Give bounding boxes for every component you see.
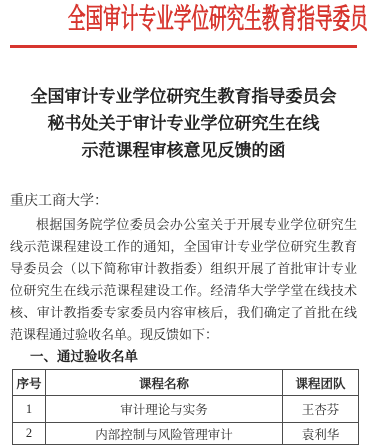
paragraph-line: 范课程通过验收名单。现反馈如下： bbox=[10, 324, 357, 346]
document-title-line-2: 秘书处关于审计专业学位研究生在线 bbox=[0, 110, 367, 137]
official-document-page: 全国审计专业学位研究生教育指导委员会文件 全国审计专业学位研究生教育指导委员会 … bbox=[0, 0, 367, 448]
paragraph-line: 位研究生在线示范课程建设工作。经清华大学学堂在线技术审 bbox=[10, 280, 357, 302]
letterhead-title: 全国审计专业学位研究生教育指导委员会文件 bbox=[68, 5, 299, 35]
table-header-team: 课程团队 bbox=[283, 370, 359, 396]
table-row: 1 审计理论与实务 王杏芬 bbox=[13, 396, 359, 423]
section-heading-acceptance-list: 一、通过验收名单 bbox=[30, 349, 138, 365]
paragraph-line: 根据国务院学位委员会办公室关于开展专业学位研究生在 bbox=[10, 214, 357, 236]
cell-row-number: 2 bbox=[13, 423, 46, 445]
document-title-line-1: 全国审计专业学位研究生教育指导委员会 bbox=[0, 83, 367, 110]
table-row: 2 内部控制与风险管理审计 袁利华 bbox=[13, 423, 359, 445]
table-header-course: 课程名称 bbox=[46, 370, 283, 396]
document-title-line-3: 示范课程审核意见反馈的函 bbox=[0, 137, 367, 164]
paragraph-line: 导委员会（以下简称审计教指委）组织开展了首批审计专业学 bbox=[10, 258, 357, 280]
cell-course-name: 内部控制与风险管理审计 bbox=[46, 423, 283, 445]
salutation: 重庆工商大学： bbox=[10, 194, 108, 210]
body-paragraph: 根据国务院学位委员会办公室关于开展专业学位研究生在 线示范课程建设工作的通知，全… bbox=[10, 214, 357, 346]
table-header-row: 序号 课程名称 课程团队 bbox=[13, 370, 359, 396]
cell-course-team: 袁利华 bbox=[283, 423, 359, 445]
paragraph-line: 核、审计教指委专家委员内容审核后，我们确定了首批在线示 bbox=[10, 302, 357, 324]
table-header-no: 序号 bbox=[13, 370, 46, 396]
document-title: 全国审计专业学位研究生教育指导委员会 秘书处关于审计专业学位研究生在线 示范课程… bbox=[0, 83, 367, 164]
cell-row-number: 1 bbox=[13, 396, 46, 423]
acceptance-course-table: 序号 课程名称 课程团队 1 审计理论与实务 王杏芬 2 内部控制与风险管理审计… bbox=[12, 369, 359, 445]
cell-course-team: 王杏芬 bbox=[283, 396, 359, 423]
paragraph-line: 线示范课程建设工作的通知，全国审计专业学位研究生教育指 bbox=[10, 236, 357, 258]
cell-course-name: 审计理论与实务 bbox=[46, 396, 283, 423]
red-divider-line bbox=[10, 45, 357, 48]
